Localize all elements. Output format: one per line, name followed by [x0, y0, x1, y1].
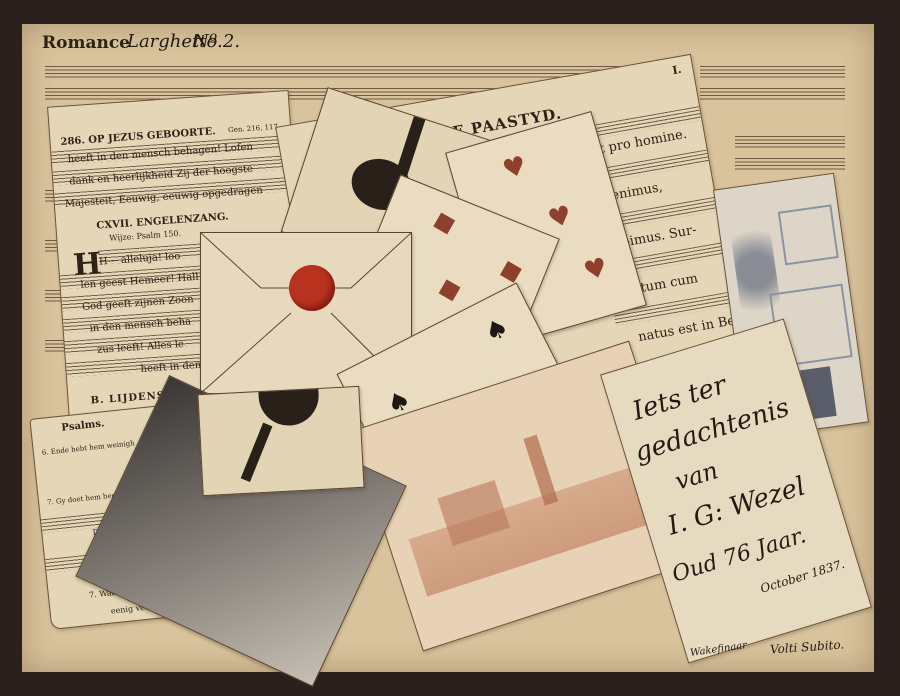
page-marker: I. — [671, 63, 682, 77]
psalm-heading: Psalms. — [61, 418, 105, 433]
hymn-reference: Gen. 216, 117. — [228, 123, 281, 135]
artwork-canvas: Romance Larghetto. Nº 2. 286. OP JEZUS G… — [0, 0, 900, 696]
next-section: B. LIJDENS — [90, 390, 165, 406]
memorial-date: October 1837. — [759, 557, 847, 596]
music-title: Romance — [42, 33, 130, 53]
hymn-section: CXVII. ENGELENZANG. — [96, 211, 229, 231]
sealed-letter-2 — [197, 386, 364, 496]
hymn-wijze: Wijze: Psalm 150. — [109, 229, 181, 243]
wax-seal-icon — [289, 265, 335, 311]
memorial-line: van — [672, 456, 722, 495]
music-number: Nº 2. — [193, 31, 240, 52]
